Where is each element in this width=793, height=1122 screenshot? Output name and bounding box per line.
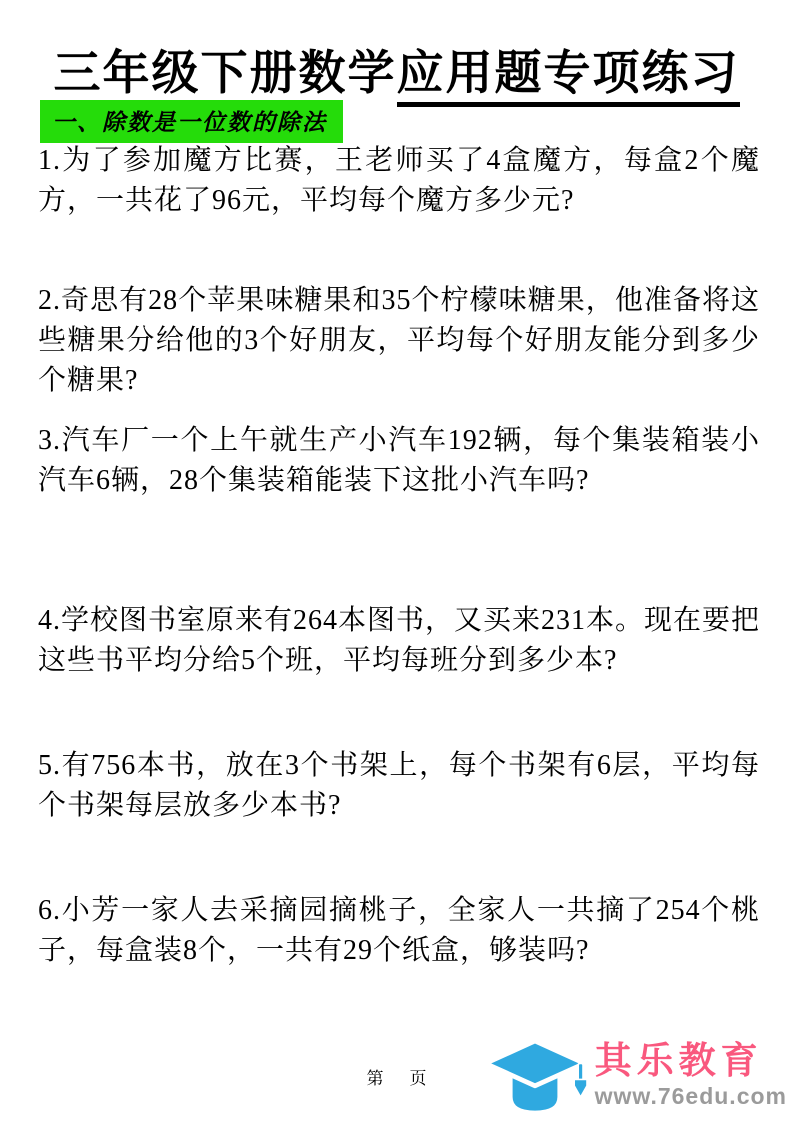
brand-name: 其乐教育 bbox=[595, 1040, 763, 1083]
graduation-cap-icon bbox=[479, 1032, 591, 1118]
page-number-prefix: 第 bbox=[367, 1069, 384, 1088]
page-title: 三年级下册数学应用题专项练习 bbox=[0, 36, 793, 103]
problem-5: 5.有756本书，放在3个书架上，每个书架有6层，平均每个书架每层放多少本书? bbox=[38, 746, 760, 826]
brand-url: www.76edu.com bbox=[595, 1083, 787, 1110]
problem-6: 6.小芳一家人去采摘园摘桃子，全家人一共摘了254个桃子，每盒装8个，一共有29… bbox=[38, 891, 760, 971]
problem-2: 2.奇思有28个苹果味糖果和35个柠檬味糖果，他准备将这些糖果分给他的3个好朋友… bbox=[38, 281, 760, 401]
problem-4: 4.学校图书室原来有264本图书，又买来231本。现在要把这些书平均分给5个班，… bbox=[38, 601, 760, 681]
page-title-plain: 三年级下册数学 bbox=[54, 46, 397, 99]
cap-board bbox=[485, 1041, 584, 1086]
worksheet-page: 三年级下册数学应用题专项练习 一、除数是一位数的除法 1.为了参加魔方比赛，王老… bbox=[0, 0, 793, 1122]
logo-text: 其乐教育 www.76edu.com bbox=[595, 1040, 787, 1110]
problem-1: 1.为了参加魔方比赛，王老师买了4盒魔方，每盒2个魔方，一共花了96元，平均每个… bbox=[38, 141, 760, 221]
page-title-underlined: 应用题专项练习 bbox=[397, 46, 740, 107]
page-number-suffix: 页 bbox=[410, 1069, 427, 1088]
site-logo: 其乐教育 www.76edu.com bbox=[479, 1032, 787, 1118]
section-header: 一、除数是一位数的除法 bbox=[40, 100, 343, 143]
problem-3: 3.汽车厂一个上午就生产小汽车192辆，每个集装箱装小汽车6辆，28个集装箱能装… bbox=[38, 421, 760, 501]
